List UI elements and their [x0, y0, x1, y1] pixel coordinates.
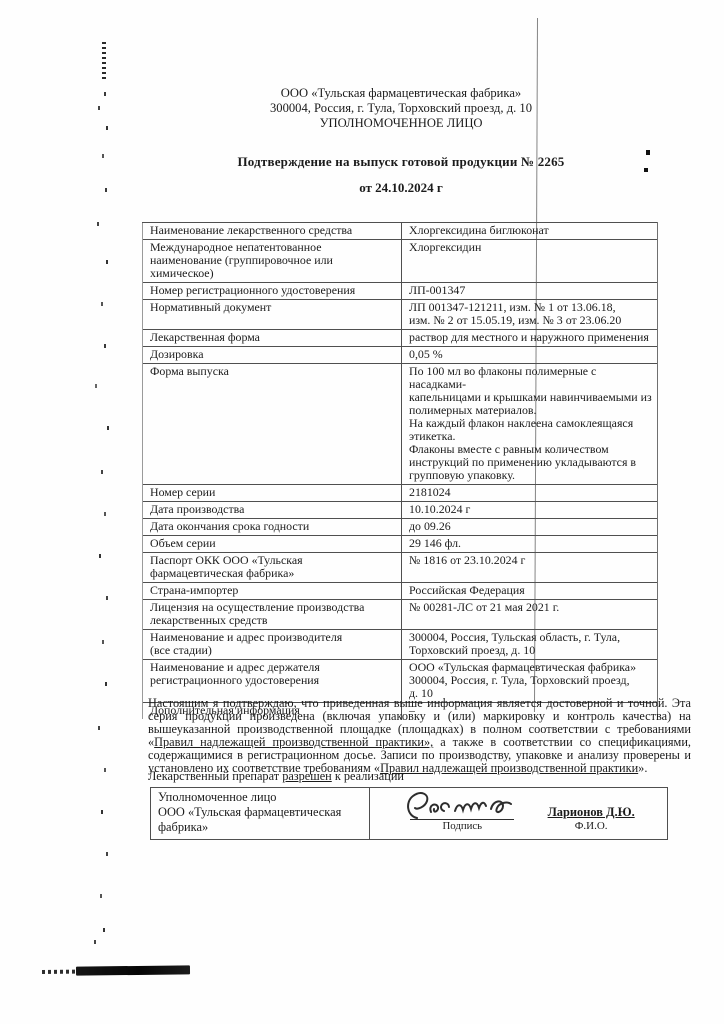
row-value: 300004, Россия, Тульская область, г. Тул… — [402, 630, 658, 660]
handwritten-signature — [403, 790, 521, 822]
release-statement: Лекарственный препарат разрешен к реализ… — [148, 770, 568, 783]
table-row: Дата окончания срока годностидо 09.26 — [143, 519, 658, 536]
statement-segment: к реализации — [332, 769, 404, 783]
row-label: Нормативный документ — [143, 300, 402, 330]
row-value: По 100 мл во флаконы полимерные с насадк… — [402, 364, 658, 485]
table-row: Дата производства10.10.2024 г — [143, 502, 658, 519]
table-row: Нормативный документЛП 001347-121211, из… — [143, 300, 658, 330]
row-label: Наименование и адрес производителя (все … — [143, 630, 402, 660]
row-label: Наименование лекарственного средства — [143, 223, 402, 240]
authorized-person-heading: УПОЛНОМОЧЕННОЕ ЛИЦО — [142, 116, 660, 131]
table-row: Наименование лекарственного средстваХлор… — [143, 223, 658, 240]
signature-caption: Подпись — [403, 820, 521, 832]
company-address: 300004, Россия, г. Тула, Торховский прое… — [142, 101, 660, 116]
statement-segment: Правил надлежащей производственной практ… — [154, 735, 433, 749]
table-row: Дозировка0,05 % — [143, 347, 658, 364]
row-label: Дата окончания срока годности — [143, 519, 402, 536]
row-label: Номер регистрационного удостоверения — [143, 283, 402, 300]
row-label: Номер серии — [143, 485, 402, 502]
row-label: Страна-импортер — [143, 583, 402, 600]
row-label: Дозировка — [143, 347, 402, 364]
statement-segment: Лекарственный препарат — [148, 769, 282, 783]
table-row: Лекарственная формараствор для местного … — [143, 330, 658, 347]
row-label: Дата производства — [143, 502, 402, 519]
scan-artifact-margin-speckles — [104, 92, 106, 96]
statement-segment: разрешен — [282, 769, 332, 783]
scan-artifact-speckle-cluster — [102, 42, 106, 80]
signatory-name: Ларионов Д.Ю. — [548, 805, 635, 820]
signature-table: Уполномоченное лицо ООО «Тульская фармац… — [150, 787, 668, 840]
table-row: Лицензия на осуществление производства л… — [143, 600, 658, 630]
table-row: Международное непатентованное наименован… — [143, 240, 658, 283]
scanned-document-page: ООО «Тульская фармацевтическая фабрика» … — [0, 0, 724, 1024]
name-column: Ларионов Д.Ю. Ф.И.О. — [548, 805, 635, 832]
document-title: Подтверждение на выпуск готовой продукци… — [142, 154, 660, 169]
signature-column: Подпись — [403, 790, 521, 832]
row-label: Форма выпуска — [143, 364, 402, 485]
statement-segment: ». — [638, 761, 647, 775]
signature-wrap: Подпись Ларионов Д.Ю. Ф.И.О. — [377, 790, 661, 832]
product-release-table: Наименование лекарственного средстваХлор… — [142, 222, 658, 719]
signature-row: Уполномоченное лицо ООО «Тульская фармац… — [151, 788, 668, 840]
table-row: Форма выпускаПо 100 мл во флаконы полиме… — [143, 364, 658, 485]
row-value: № 1816 от 23.10.2024 г — [402, 553, 658, 583]
table-row: Наименование и адрес производителя (все … — [143, 630, 658, 660]
fio-caption: Ф.И.О. — [548, 820, 635, 832]
confirmation-statement: Настоящим я подтверждаю, что приведенная… — [148, 697, 691, 775]
row-value: Хлоргексидин — [402, 240, 658, 283]
row-value: 29 146 фл. — [402, 536, 658, 553]
document-header: ООО «Тульская фармацевтическая фабрика» … — [142, 86, 660, 195]
row-label: Лицензия на осуществление производства л… — [143, 600, 402, 630]
row-value: 2181024 — [402, 485, 658, 502]
row-value: 10.10.2024 г — [402, 502, 658, 519]
row-value: № 00281-ЛС от 21 мая 2021 г. — [402, 600, 658, 630]
table-row: Страна-импортерРоссийская Федерация — [143, 583, 658, 600]
company-name: ООО «Тульская фармацевтическая фабрика» — [142, 86, 660, 101]
table-row: Объем серии29 146 фл. — [143, 536, 658, 553]
row-label: Лекарственная форма — [143, 330, 402, 347]
scan-artifact-black-streak — [76, 965, 190, 975]
row-value: до 09.26 — [402, 519, 658, 536]
table-row: Номер регистрационного удостоверенияЛП-0… — [143, 283, 658, 300]
row-label: Объем серии — [143, 536, 402, 553]
table-row: Номер серии2181024 — [143, 485, 658, 502]
document-date: от 24.10.2024 г — [142, 180, 660, 195]
row-value: Российская Федерация — [402, 583, 658, 600]
row-label: Международное непатентованное наименован… — [143, 240, 402, 283]
row-label: Паспорт ОКК ООО «Тульская фармацевтическ… — [143, 553, 402, 583]
row-value: 0,05 % — [402, 347, 658, 364]
table-row: Паспорт ОКК ООО «Тульская фармацевтическ… — [143, 553, 658, 583]
authorized-person-cell: Уполномоченное лицо ООО «Тульская фармац… — [151, 788, 370, 840]
row-value: ЛП 001347-121211, изм. № 1 от 13.06.18, … — [402, 300, 658, 330]
row-value: ЛП-001347 — [402, 283, 658, 300]
row-value: Хлоргексидина биглюконат — [402, 223, 658, 240]
signature-cell: Подпись Ларионов Д.Ю. Ф.И.О. — [370, 788, 668, 840]
row-value: раствор для местного и наружного примене… — [402, 330, 658, 347]
